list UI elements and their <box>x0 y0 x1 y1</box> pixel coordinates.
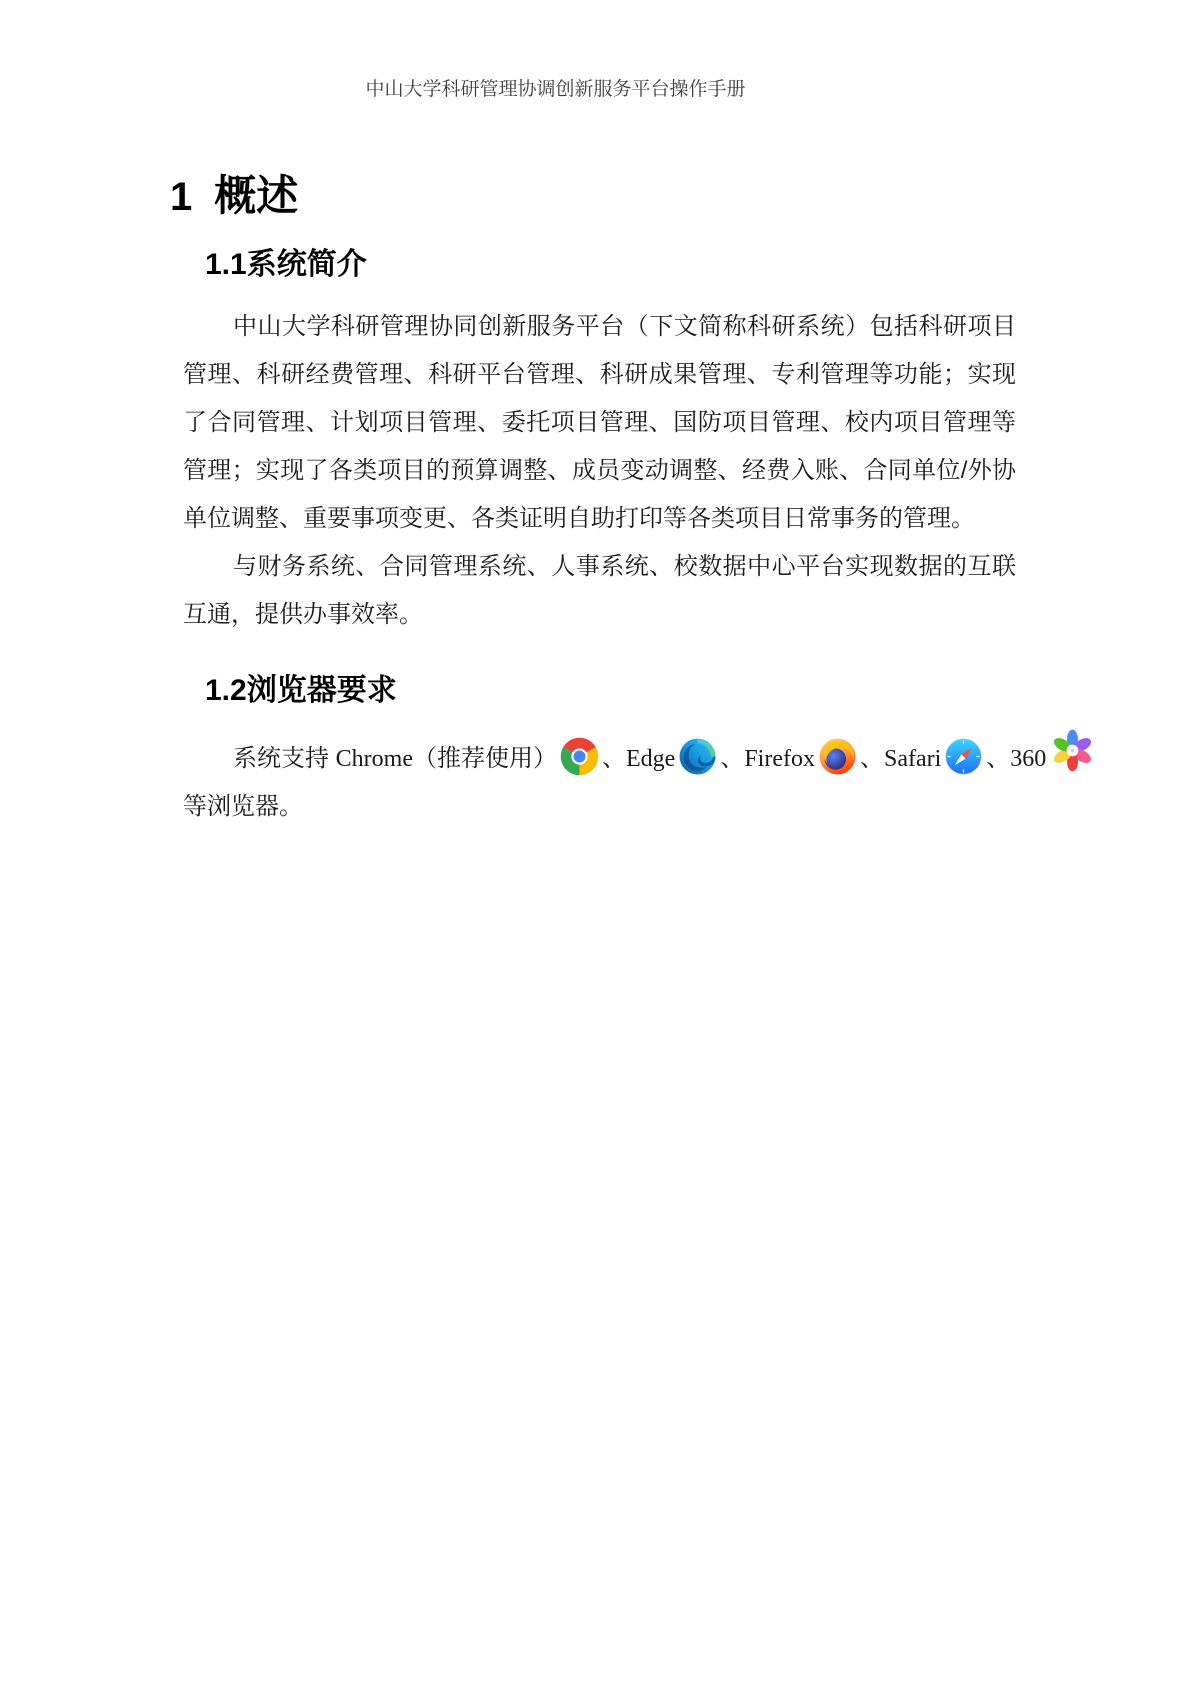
heading-system-intro: 1.1系统简介 <box>205 249 1016 281</box>
document-page: 中山大学科研管理协调创新服务平台操作手册 1概述 1.1系统简介 中山大学科研管… <box>0 0 1200 1698</box>
paragraph-browsers: 系统支持 Chrome（推荐使用） 、Edge <box>183 727 1016 831</box>
heading-browser-req: 1.2浏览器要求 <box>205 675 1016 707</box>
360-icon <box>1049 727 1096 774</box>
heading-overview-title: 概述 <box>214 172 298 219</box>
edge-icon <box>677 736 718 777</box>
browser-sep-1: 、 <box>602 745 626 772</box>
browsers-prefix: 系统支持 <box>233 745 336 772</box>
heading-overview: 1概述 <box>170 172 1016 221</box>
document-content: 1概述 1.1系统简介 中山大学科研管理协同创新服务平台（下文简称科研系统）包括… <box>183 0 1016 831</box>
browser-sep-4: 、 <box>986 745 1010 772</box>
chrome-icon <box>559 736 600 777</box>
paragraph-system-intro-2: 与财务系统、合同管理系统、人事系统、校数据中心平台实现数据的互联互通，提供办事效… <box>183 543 1016 639</box>
safari-icon <box>943 736 984 777</box>
heading-overview-number: 1 <box>170 175 192 219</box>
browser-name-360: 360 <box>1010 746 1046 772</box>
browser-name-chrome: Chrome <box>336 746 413 772</box>
browser-sep-3: 、 <box>860 745 884 772</box>
browsers-suffix: 等浏览器。 <box>183 793 303 820</box>
browser-list-line: 系统支持 Chrome（推荐使用） 、Edge <box>233 745 1098 772</box>
browser-name-edge: Edge <box>626 746 675 772</box>
firefox-icon <box>817 736 858 777</box>
browser-sep-2: 、 <box>720 745 744 772</box>
browser-chrome-note: （推荐使用） <box>413 745 557 772</box>
browser-name-safari: Safari <box>884 746 941 772</box>
paragraph-system-intro-1: 中山大学科研管理协同创新服务平台（下文简称科研系统）包括科研项目管理、科研经费管… <box>183 303 1016 543</box>
browser-name-firefox: Firefox <box>744 746 815 772</box>
